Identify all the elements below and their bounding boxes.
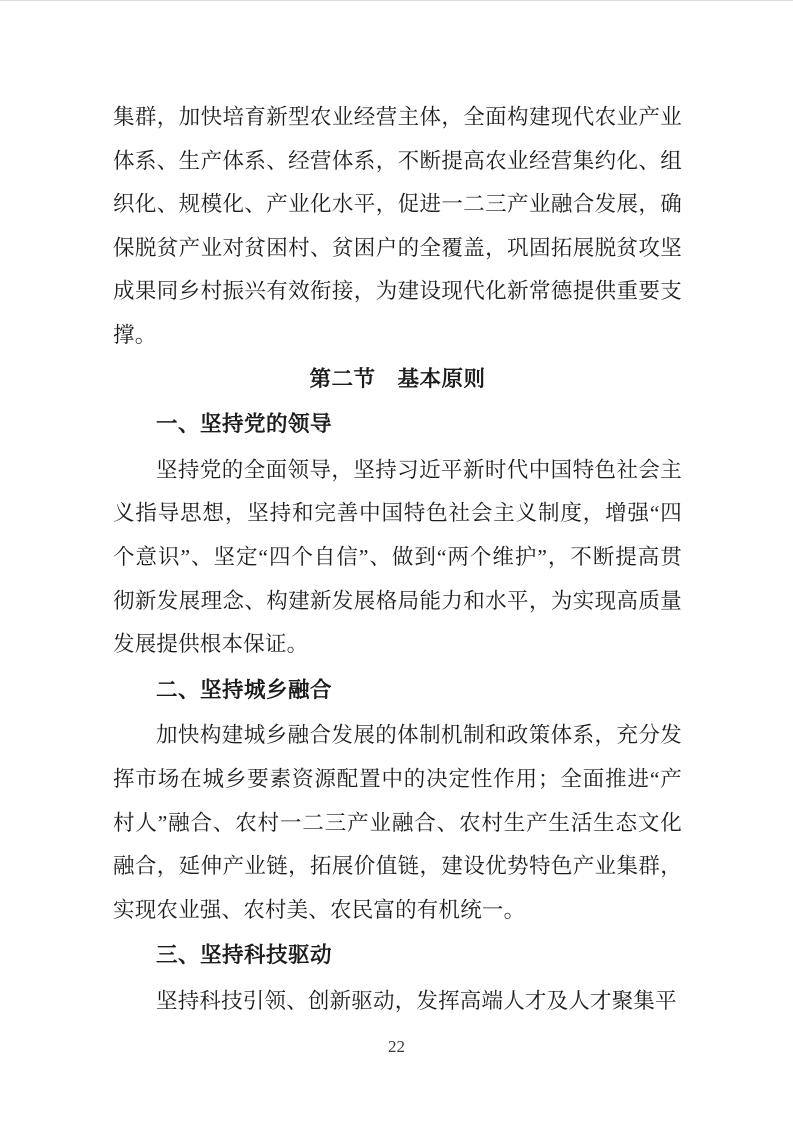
subsection-heading-2: 二、坚持城乡融合: [113, 669, 682, 713]
subsection-heading-1: 一、坚持党的领导: [113, 403, 682, 447]
chapter-heading: 第二节 基本原则: [113, 358, 682, 402]
subsection-heading-3: 三、坚持科技驱动: [113, 934, 682, 978]
body-paragraph: 坚持科技引领、创新驱动，发挥高端人才及人才聚集平: [113, 980, 682, 1024]
document-page: 集群，加快培育新型农业经营主体，全面构建现代农业产业体系、生产体系、经营体系，不…: [0, 0, 793, 1122]
page-number: 22: [0, 1036, 793, 1058]
body-paragraph-continuation: 集群，加快培育新型农业经营主体，全面构建现代农业产业体系、生产体系、经营体系，不…: [113, 96, 682, 358]
page-content: 集群，加快培育新型农业经营主体，全面构建现代农业产业体系、生产体系、经营体系，不…: [113, 96, 682, 1023]
body-paragraph: 加快构建城乡融合发展的体制机制和政策体系，充分发挥市场在城乡要素资源配置中的决定…: [113, 714, 682, 932]
body-paragraph: 坚持党的全面领导，坚持习近平新时代中国特色社会主义指导思想，坚持和完善中国特色社…: [113, 449, 682, 667]
